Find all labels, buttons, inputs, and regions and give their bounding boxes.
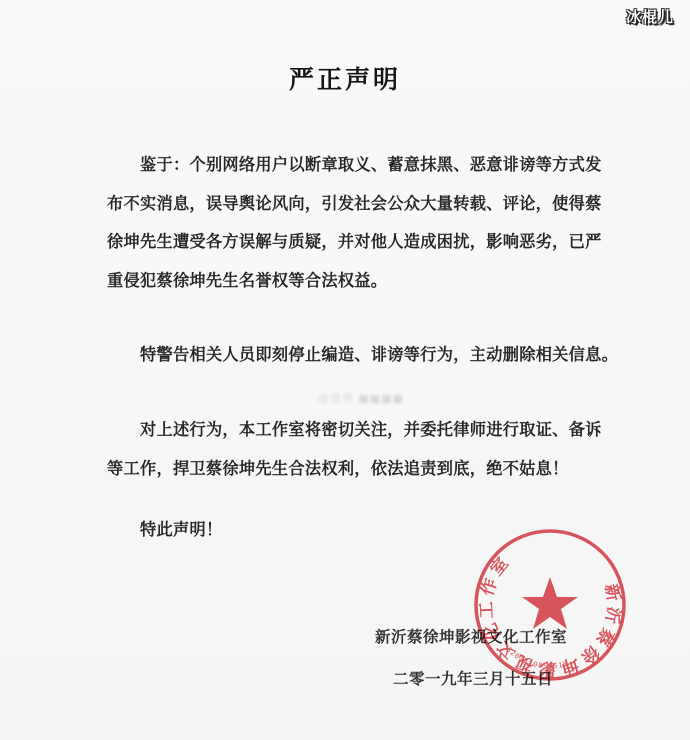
paragraph-line: 布不实消息，误导舆论风向，引发社会公众大量转载、评论，使得蔡 bbox=[107, 185, 607, 224]
paragraph-line: 对上述行为，本工作室将密切关注，并委托律师进行取证、备诉 bbox=[107, 411, 607, 450]
paragraph-3: 对上述行为，本工作室将密切关注，并委托律师进行取证、备诉 等工作，捍卫蔡徐坤先生… bbox=[107, 411, 607, 488]
official-seal-icon: 新沂蔡徐坤影视文化工作室 3201810859515 bbox=[470, 525, 630, 685]
corner-watermark-tag: 冰棍儿 bbox=[626, 6, 674, 27]
paragraph-line: 等工作，捍卫蔡徐坤先生合法权利，依法追责到底，绝不姑息！ bbox=[107, 450, 607, 489]
page-title: 严正声明 bbox=[0, 60, 690, 96]
paragraph-line: 鉴于：个别网络用户以断章取义、蓄意抹黑、恶意诽谤等方式发 bbox=[107, 146, 607, 185]
faded-watermark: @微博 ■■■■ bbox=[318, 390, 404, 406]
paragraph-line: 特警告相关人员即刻停止编造、诽谤等行为，主动删除相关信息。 bbox=[107, 336, 607, 375]
paragraph-line: 重侵犯蔡徐坤先生名誉权等合法权益。 bbox=[107, 262, 607, 301]
paragraph-line: 徐坤先生遭受各方误解与质疑，并对他人造成困扰，影响恶劣，已严 bbox=[107, 223, 607, 262]
paragraph-2: 特警告相关人员即刻停止编造、诽谤等行为，主动删除相关信息。 bbox=[107, 336, 607, 375]
paragraph-1: 鉴于：个别网络用户以断章取义、蓄意抹黑、恶意诽谤等方式发 布不实消息，误导舆论风… bbox=[107, 146, 607, 300]
document-page: 冰棍儿 严正声明 鉴于：个别网络用户以断章取义、蓄意抹黑、恶意诽谤等方式发 布不… bbox=[0, 0, 690, 740]
